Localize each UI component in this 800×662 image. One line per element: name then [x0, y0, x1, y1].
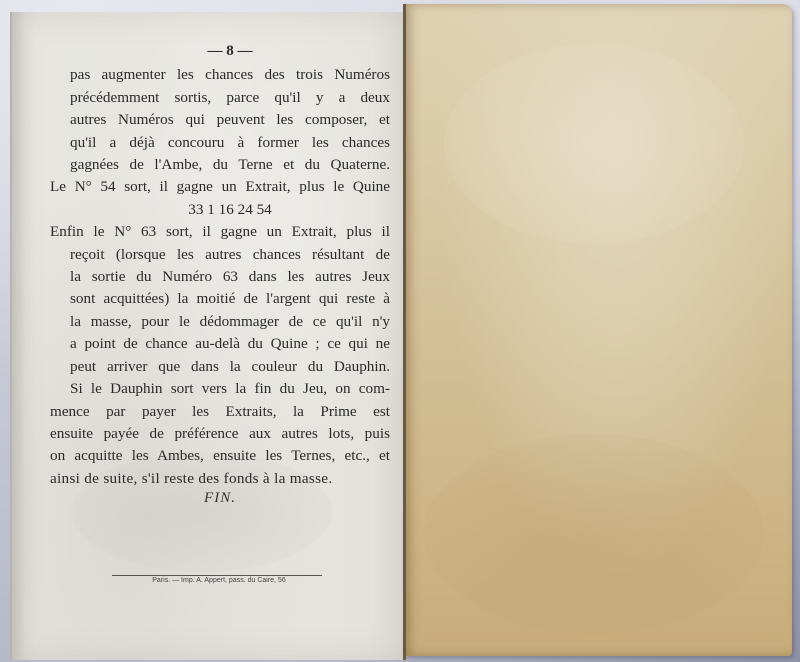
page-number: — 8 —	[50, 40, 390, 62]
text-line: précédemment sortis, parce qu'il y a deu…	[50, 87, 390, 109]
book-spine	[403, 4, 406, 660]
text-line: gagnées de l'Ambe, du Terne et du Quater…	[50, 154, 390, 176]
text-line: a point de chance au-delà du Quine ; ce …	[50, 333, 390, 355]
closing-fin: FIN.	[12, 490, 406, 507]
text-line: la masse, pour le dédommager de ce qu'il…	[50, 311, 390, 333]
text-line: ensuite payée de préférence aux autres l…	[50, 423, 390, 445]
text-line: ainsi de suite, s'il reste des fonds à l…	[50, 468, 390, 490]
text-line: sont acquittées) la moitié de l'argent q…	[50, 288, 390, 310]
printer-imprint: Paris. — Imp. A. Appert, pass. du Caire,…	[112, 577, 326, 584]
text-line: qu'il a déjà concouru à former les chanc…	[50, 132, 390, 154]
quine-numbers: 33 1 16 24 54	[50, 199, 390, 221]
paper-highlight	[444, 44, 744, 244]
page-text-block: — 8 — pas augmenter les chances des troi…	[50, 40, 390, 490]
text-line: pas augmenter les chances des trois Numé…	[50, 64, 390, 86]
text-line: peut arriver que dans la couleur du Daup…	[50, 356, 390, 378]
text-line: reçoit (lorsque les autres chances résul…	[50, 244, 390, 266]
text-line: on acquitte les Ambes, ensuite les Terne…	[50, 445, 390, 467]
text-line: la sortie du Numéro 63 dans les autres J…	[50, 266, 390, 288]
text-line: Si le Dauphin sort vers la fin du Jeu, o…	[50, 378, 390, 400]
paper-stain	[424, 434, 764, 634]
text-line: Enfin le N° 63 sort, il gagne un Extrait…	[50, 221, 390, 243]
text-line: autres Numéros qui peuvent les composer,…	[50, 109, 390, 131]
imprint-rule	[112, 575, 322, 576]
text-line: mence par payer les Extraits, la Prime e…	[50, 401, 390, 423]
right-page	[404, 4, 792, 656]
left-page: — 8 — pas augmenter les chances des troi…	[10, 12, 406, 660]
text-line: Le N° 54 sort, il gagne un Extrait, plus…	[50, 176, 390, 198]
